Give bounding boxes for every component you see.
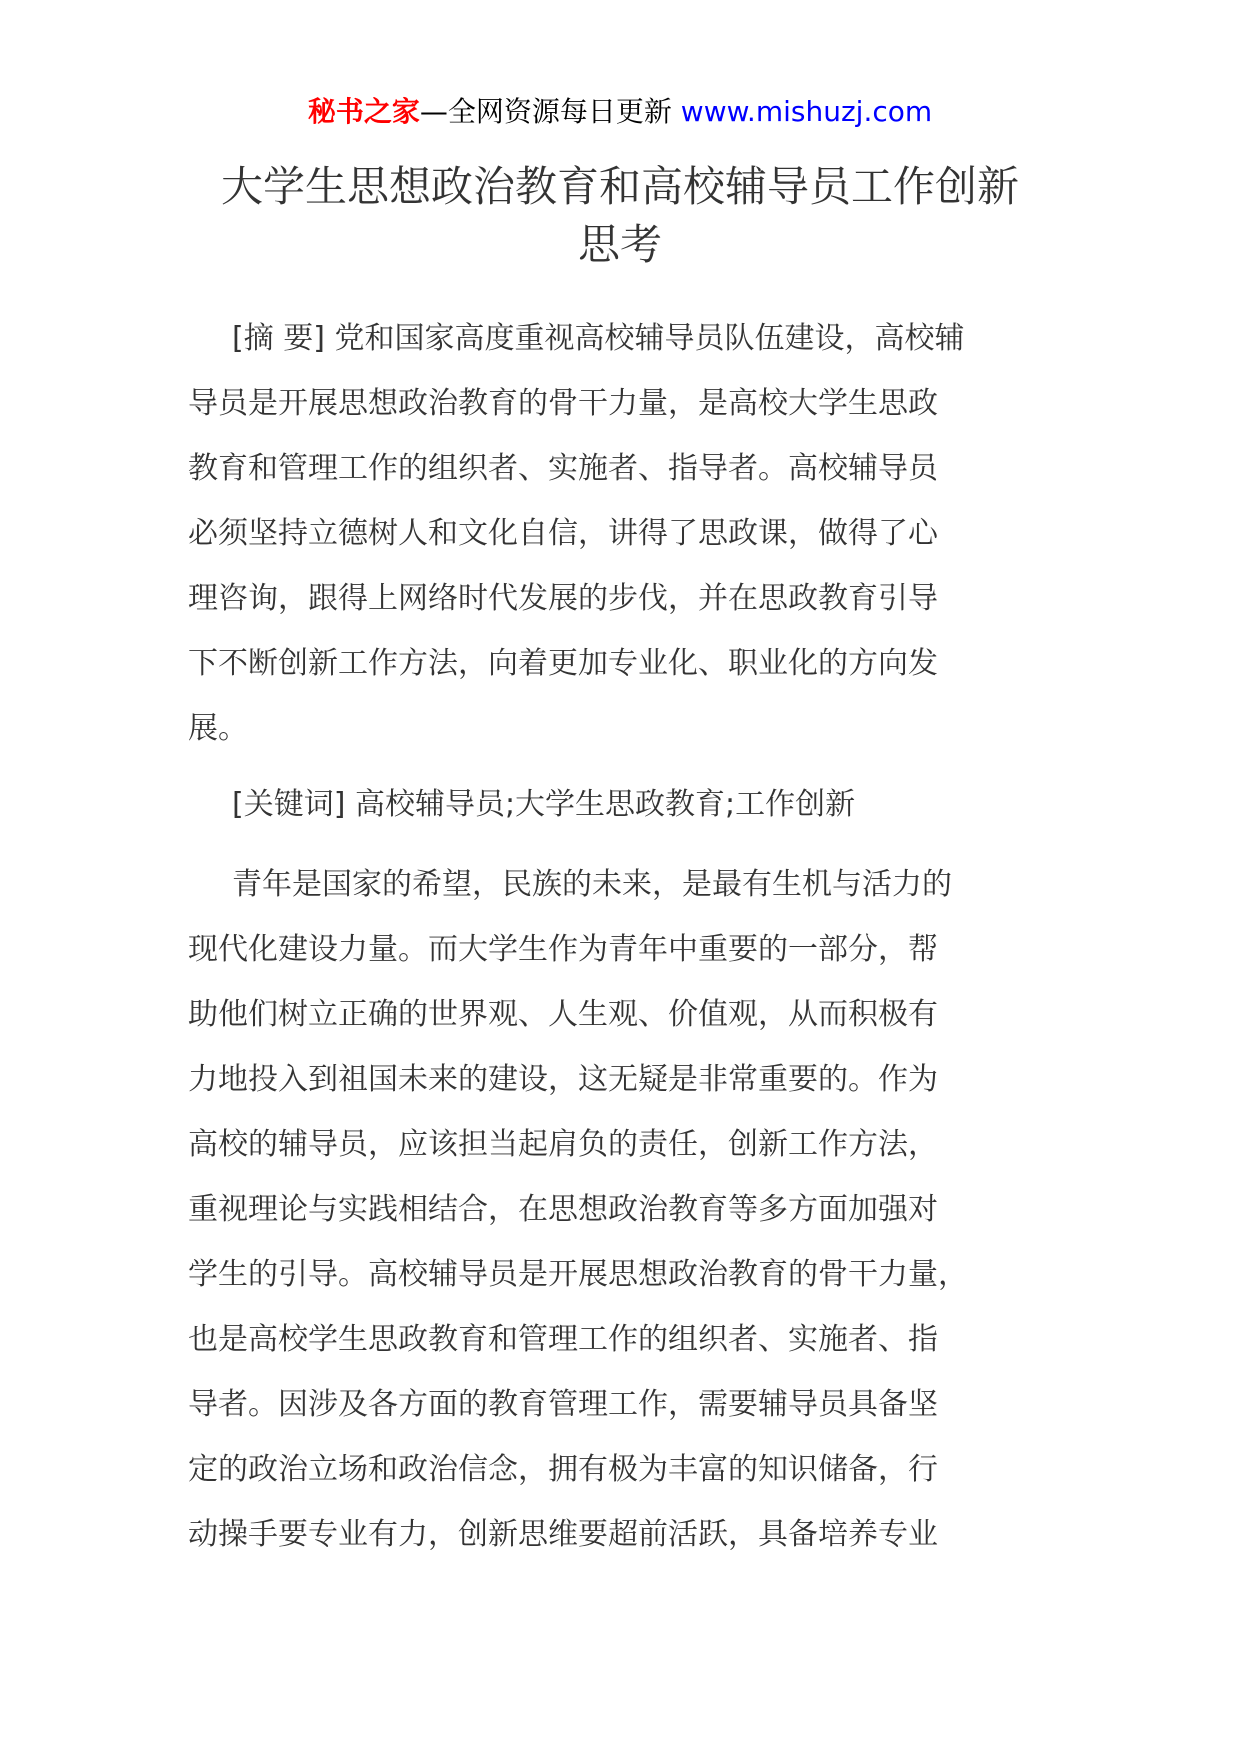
title-line: 思考 <box>180 216 1060 274</box>
body-line: 定的政治立场和政治信念，拥有极为丰富的知识储备，行 <box>188 1437 1068 1502</box>
abstract-line: [摘 要] 党和国家高度重视高校辅导员队伍建设，高校辅 <box>188 306 1068 371</box>
title-line: 大学生思想政治教育和高校辅导员工作创新 <box>180 158 1060 216</box>
body-line: 现代化建设力量。而大学生作为青年中重要的一部分，帮 <box>188 917 1068 982</box>
body-line: 力地投入到祖国未来的建设，这无疑是非常重要的。作为 <box>188 1047 1068 1112</box>
abstract-paragraph: [摘 要] 党和国家高度重视高校辅导员队伍建设，高校辅 导员是开展思想政治教育的… <box>188 306 1068 761</box>
body-line: 青年是国家的希望，民族的未来，是最有生机与活力的 <box>188 852 1068 917</box>
brand-name: 秘书之家 <box>308 95 420 128</box>
body-paragraph: 青年是国家的希望，民族的未来，是最有生机与活力的 现代化建设力量。而大学生作为青… <box>188 852 1068 1567</box>
body-line: 助他们树立正确的世界观、人生观、价值观，从而积极有 <box>188 982 1068 1047</box>
abstract-line: 理咨询，跟得上网络时代发展的步伐，并在思政教育引导 <box>188 566 1068 631</box>
body-line: 重视理论与实践相结合，在思想政治教育等多方面加强对 <box>188 1177 1068 1242</box>
site-header: 秘书之家—全网资源每日更新 www.mishuzj.com <box>0 92 1240 132</box>
body-line: 导者。因涉及各方面的教育管理工作，需要辅导员具备坚 <box>188 1372 1068 1437</box>
abstract-line: 导员是开展思想政治教育的骨干力量，是高校大学生思政 <box>188 371 1068 436</box>
site-url: www.mishuzj.com <box>681 95 932 128</box>
body-line: 也是高校学生思政教育和管理工作的组织者、实施者、指 <box>188 1307 1068 1372</box>
abstract-line: 必须坚持立德树人和文化自信，讲得了思政课，做得了心 <box>188 501 1068 566</box>
abstract-line: 教育和管理工作的组织者、实施者、指导者。高校辅导员 <box>188 436 1068 501</box>
body-line: 动操手要专业有力，创新思维要超前活跃，具备培养专业 <box>188 1502 1068 1567</box>
body-line: 高校的辅导员，应该担当起肩负的责任，创新工作方法， <box>188 1112 1068 1177</box>
body-line: 学生的引导。高校辅导员是开展思想政治教育的骨干力量， <box>188 1242 1068 1307</box>
abstract-line: 展。 <box>188 696 1068 761</box>
header-tagline: —全网资源每日更新 <box>420 95 672 128</box>
document-title: 大学生思想政治教育和高校辅导员工作创新 思考 <box>180 158 1060 274</box>
keywords-paragraph: [关键词] 高校辅导员;大学生思政教育;工作创新 <box>188 772 1068 837</box>
abstract-line: 下不断创新工作方法，向着更加专业化、职业化的方向发 <box>188 631 1068 696</box>
keywords-line: [关键词] 高校辅导员;大学生思政教育;工作创新 <box>188 772 1068 837</box>
